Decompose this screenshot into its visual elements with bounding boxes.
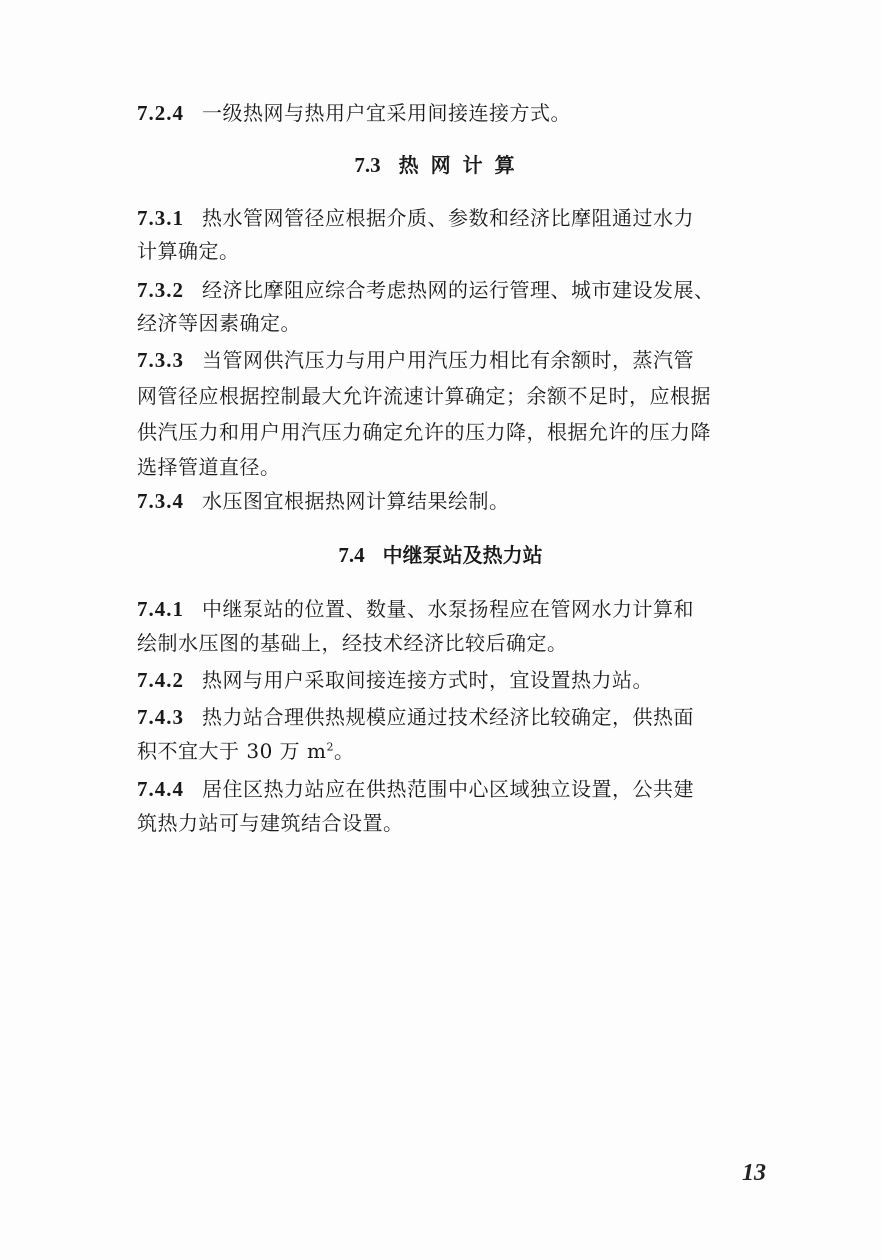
clause-text: 筑热力站可与建筑结合设置。 bbox=[137, 811, 404, 835]
clause-text: 热水管网管径应根据介质、参数和经济比摩阻通过水力 bbox=[202, 206, 694, 230]
superscript: 2 bbox=[327, 740, 335, 753]
clause-text: 绘制水压图的基础上，经技术经济比较后确定。 bbox=[137, 631, 568, 655]
clause-text: 当管网供汽压力与用户用汽压力相比有余额时，蒸汽管 bbox=[202, 348, 694, 372]
section-heading-7-4: 7.4中继泵站及热力站 bbox=[0, 542, 881, 568]
clause-7-3-4: 7.3.4水压图宜根据热网计算结果绘制。 bbox=[137, 488, 797, 514]
document-page: 7.2.4一级热网与热用户宜采用间接连接方式。 7.3热网计算 7.3.1热水管… bbox=[0, 0, 881, 1260]
clause-text: 网管径应根据控制最大允许流速计算确定；余额不足时，应根据 bbox=[137, 384, 711, 408]
clause-text: 居住区热力站应在供热范围中心区域独立设置，公共建 bbox=[202, 777, 694, 801]
section-title: 热网计算 bbox=[399, 153, 527, 177]
clause-text: 经济等因素确定。 bbox=[137, 311, 301, 335]
section-number: 7.3 bbox=[354, 153, 380, 177]
clause-7-3-2: 7.3.2经济比摩阻应综合考虑热网的运行管理、城市建设发展、 bbox=[137, 277, 797, 303]
clause-text: 热网与用户采取间接连接方式时，宜设置热力站。 bbox=[202, 668, 653, 692]
section-number: 7.4 bbox=[338, 543, 364, 567]
clause-7-4-3: 7.4.3热力站合理供热规模应通过技术经济比较确定，供热面 bbox=[137, 704, 797, 730]
clause-7-4-2: 7.4.2热网与用户采取间接连接方式时，宜设置热力站。 bbox=[137, 667, 797, 693]
clause-text: 。 bbox=[334, 739, 355, 763]
clause-7-4-4: 7.4.4居住区热力站应在供热范围中心区域独立设置，公共建 bbox=[137, 776, 797, 802]
clause-number: 7.4.1 bbox=[137, 597, 184, 621]
clause-number: 7.3.2 bbox=[137, 278, 184, 302]
clause-7-4-1-cont: 绘制水压图的基础上，经技术经济比较后确定。 bbox=[137, 630, 797, 656]
clause-7-2-4: 7.2.4一级热网与热用户宜采用间接连接方式。 bbox=[137, 100, 797, 126]
clause-text: 计算确定。 bbox=[137, 239, 240, 263]
clause-7-3-1-cont: 计算确定。 bbox=[137, 238, 797, 264]
clause-7-4-3-cont: 积不宜大于 30 万 m2。 bbox=[137, 738, 797, 764]
clause-number: 7.4.4 bbox=[137, 777, 184, 801]
clause-text: 中继泵站的位置、数量、水泵扬程应在管网水力计算和 bbox=[202, 597, 694, 621]
clause-number: 7.4.2 bbox=[137, 668, 184, 692]
page-number: 13 bbox=[742, 1160, 766, 1187]
clause-7-3-3-cont-1: 网管径应根据控制最大允许流速计算确定；余额不足时，应根据 bbox=[137, 383, 797, 409]
clause-text: 积不宜大于 30 万 m bbox=[137, 739, 327, 763]
clause-text: 经济比摩阻应综合考虑热网的运行管理、城市建设发展、 bbox=[202, 278, 715, 302]
section-title: 中继泵站及热力站 bbox=[383, 543, 543, 567]
clause-number: 7.2.4 bbox=[137, 101, 184, 125]
clause-text: 水压图宜根据热网计算结果绘制。 bbox=[202, 489, 510, 513]
clause-text: 供汽压力和用户用汽压力确定允许的压力降，根据允许的压力降 bbox=[137, 420, 711, 444]
clause-7-4-1: 7.4.1中继泵站的位置、数量、水泵扬程应在管网水力计算和 bbox=[137, 596, 797, 622]
clause-7-3-3-cont-2: 供汽压力和用户用汽压力确定允许的压力降，根据允许的压力降 bbox=[137, 419, 797, 445]
clause-7-3-3: 7.3.3当管网供汽压力与用户用汽压力相比有余额时，蒸汽管 bbox=[137, 347, 797, 373]
clause-number: 7.4.3 bbox=[137, 705, 184, 729]
clause-7-3-3-cont-3: 选择管道直径。 bbox=[137, 454, 797, 480]
clause-number: 7.3.3 bbox=[137, 348, 184, 372]
clause-text: 选择管道直径。 bbox=[137, 455, 281, 479]
clause-text: 一级热网与热用户宜采用间接连接方式。 bbox=[202, 101, 571, 125]
clause-text: 热力站合理供热规模应通过技术经济比较确定，供热面 bbox=[202, 705, 694, 729]
clause-7-3-2-cont: 经济等因素确定。 bbox=[137, 310, 797, 336]
section-heading-7-3: 7.3热网计算 bbox=[0, 152, 881, 178]
clause-7-3-1: 7.3.1热水管网管径应根据介质、参数和经济比摩阻通过水力 bbox=[137, 205, 797, 231]
clause-number: 7.3.4 bbox=[137, 489, 184, 513]
clause-number: 7.3.1 bbox=[137, 206, 184, 230]
clause-7-4-4-cont: 筑热力站可与建筑结合设置。 bbox=[137, 810, 797, 836]
